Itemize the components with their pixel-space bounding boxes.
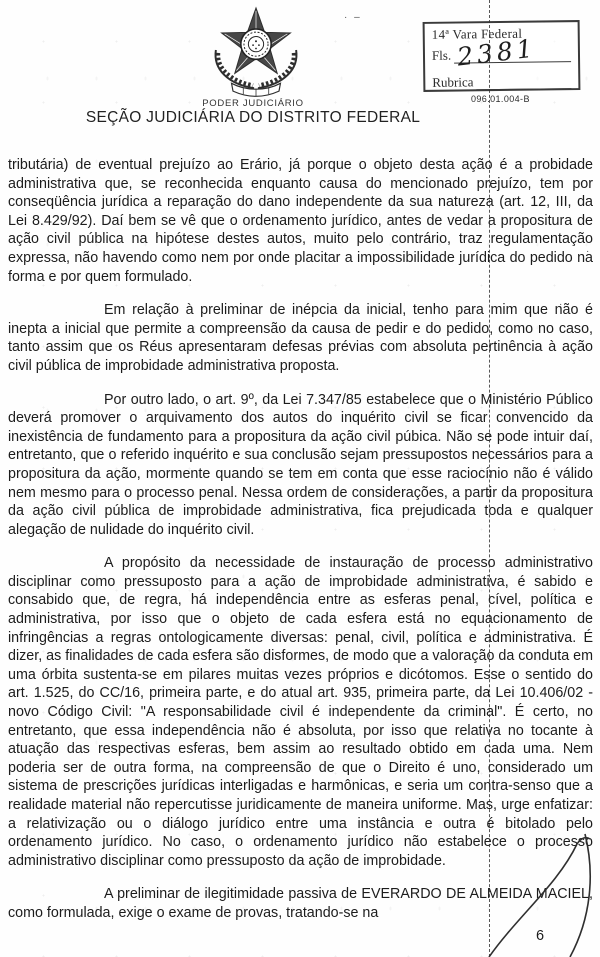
stamp-fls-label: Fls. bbox=[432, 48, 451, 64]
court-stamp-box: 14ª Vara Federal Fls. 2381 Rubrica bbox=[423, 20, 581, 92]
header-org-line1: PODER JUDICIÁRIO bbox=[0, 98, 506, 109]
pen-flourish-marks-icon bbox=[440, 818, 600, 957]
page-number: 6 bbox=[536, 928, 544, 944]
brazil-coat-of-arms-icon bbox=[202, 5, 310, 97]
stamp-rubrica-line bbox=[476, 75, 571, 90]
scan-speck: · bbox=[559, 299, 562, 310]
header-org-line2: SEÇÃO JUDICIÁRIA DO DISTRITO FEDERAL bbox=[0, 109, 506, 127]
scan-speck: · bbox=[586, 246, 589, 257]
scan-speck: · – bbox=[344, 12, 362, 23]
scanned-document-page: 14ª Vara Federal Fls. 2381 Rubrica 096.0… bbox=[0, 0, 600, 957]
stamp-rubrica-row: Rubrica bbox=[432, 73, 571, 91]
form-code: 096.01.004-B bbox=[471, 94, 530, 104]
paragraph: Em relação à preliminar de inépcia da in… bbox=[8, 301, 593, 375]
stamp-rubrica-label: Rubrica bbox=[432, 74, 473, 91]
vertical-fold-line bbox=[489, 0, 490, 957]
paragraph: tributária) de eventual prejuízo ao Erár… bbox=[8, 156, 593, 286]
paragraph: Por outro lado, o art. 9º, da Lei 7.347/… bbox=[8, 391, 593, 540]
